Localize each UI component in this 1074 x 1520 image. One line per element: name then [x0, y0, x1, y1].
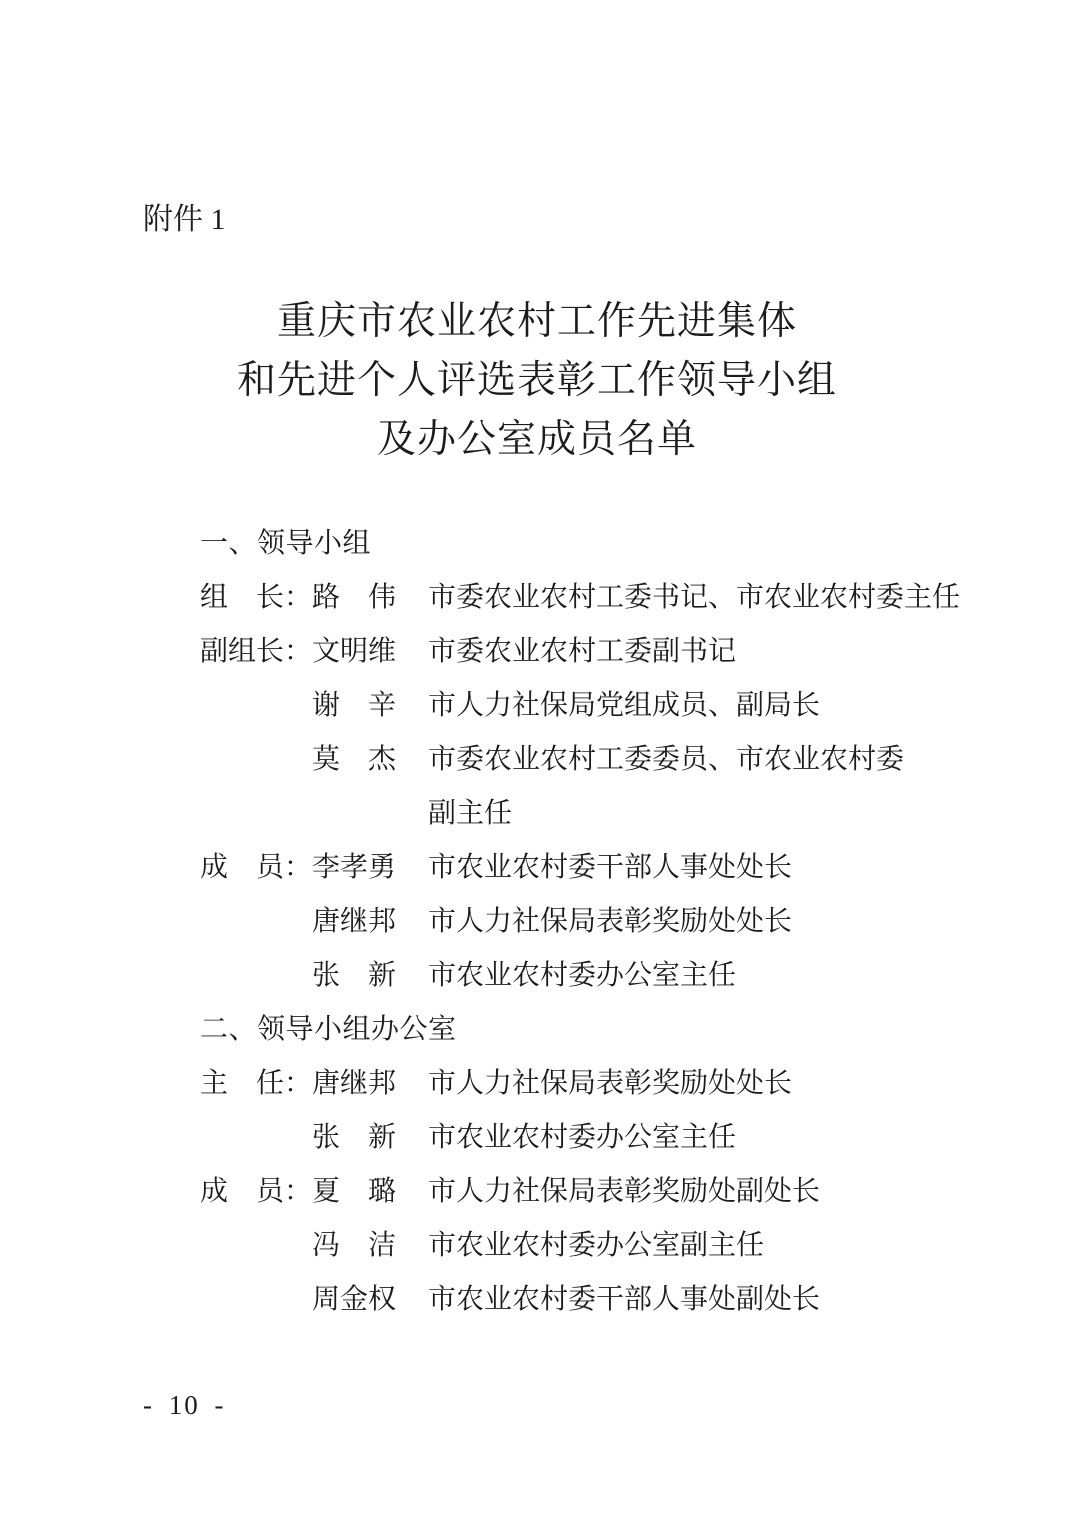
title-line-3: 及办公室成员名单 [0, 410, 1074, 469]
person-title: 市农业农村委办公室副主任 [428, 1219, 764, 1273]
person-name: 夏 璐 [312, 1165, 396, 1219]
member-row: 张 新市农业农村委办公室主任 [200, 949, 1034, 1003]
person-name: 文明维 [312, 625, 396, 679]
person-title: 市委农业农村工委委员、市农业农村委 [428, 733, 904, 787]
member-row: 副组长：文明维市委农业农村工委副书记 [200, 625, 1034, 679]
member-row: 组 长：路 伟市委农业农村工委书记、市农业农村委主任 [200, 571, 1034, 625]
member-row: 成 员：李孝勇市农业农村委干部人事处处长 [200, 841, 1034, 895]
person-name: 冯 洁 [312, 1219, 396, 1273]
attachment-label: 附件 1 [143, 200, 226, 240]
person-title: 市农业农村委办公室主任 [428, 949, 736, 1003]
person-name: 路 伟 [312, 571, 396, 625]
section-heading: 二、领导小组办公室 [200, 1003, 1034, 1057]
member-row: 张 新市农业农村委办公室主任 [200, 1111, 1034, 1165]
title-line-1: 重庆市农业农村工作先进集体 [0, 292, 1074, 351]
person-title: 市人力社保局表彰奖励处处长 [428, 1057, 792, 1111]
person-name: 唐继邦 [312, 895, 396, 949]
person-title: 市人力社保局表彰奖励处处长 [428, 895, 792, 949]
member-row: 莫 杰市委农业农村工委委员、市农业农村委 [200, 733, 1034, 787]
person-name: 莫 杰 [312, 733, 396, 787]
person-name: 唐继邦 [312, 1057, 396, 1111]
person-title: 市人力社保局党组成员、副局长 [428, 679, 820, 733]
document-page: 附件 1 重庆市农业农村工作先进集体 和先进个人评选表彰工作领导小组 及办公室成… [0, 0, 1074, 1520]
person-title: 市人力社保局表彰奖励处副处长 [428, 1165, 820, 1219]
title-line-2: 和先进个人评选表彰工作领导小组 [0, 351, 1074, 410]
person-title: 市农业农村委干部人事处处长 [428, 841, 792, 895]
person-name: 谢 辛 [312, 679, 396, 733]
person-title: 市农业农村委办公室主任 [428, 1111, 736, 1165]
member-row: 成 员：夏 璐市人力社保局表彰奖励处副处长 [200, 1165, 1034, 1219]
member-row: 谢 辛市人力社保局党组成员、副局长 [200, 679, 1034, 733]
role-label: 成 员： [200, 841, 312, 895]
member-row: 冯 洁市农业农村委办公室副主任 [200, 1219, 1034, 1273]
person-name: 李孝勇 [312, 841, 396, 895]
member-row: 唐继邦市人力社保局表彰奖励处处长 [200, 895, 1034, 949]
person-title: 市委农业农村工委书记、市农业农村委主任 [428, 571, 960, 625]
person-title: 市委农业农村工委副书记 [428, 625, 736, 679]
member-list: 一、领导小组组 长：路 伟市委农业农村工委书记、市农业农村委主任副组长：文明维市… [200, 517, 1034, 1327]
person-name: 周金权 [312, 1273, 396, 1327]
section-heading: 一、领导小组 [200, 517, 1034, 571]
person-title: 副主任 [428, 787, 512, 841]
page-number: - 10 - [143, 1390, 225, 1421]
member-row: 周金权市农业农村委干部人事处副处长 [200, 1273, 1034, 1327]
role-label: 主 任： [200, 1057, 312, 1111]
role-label: 成 员： [200, 1165, 312, 1219]
person-name: 张 新 [312, 949, 396, 1003]
member-row: 主 任：唐继邦市人力社保局表彰奖励处处长 [200, 1057, 1034, 1111]
person-name: 张 新 [312, 1111, 396, 1165]
member-row: 副主任 [200, 787, 1034, 841]
document-title: 重庆市农业农村工作先进集体 和先进个人评选表彰工作领导小组 及办公室成员名单 [0, 292, 1074, 469]
role-label: 副组长： [200, 625, 312, 679]
person-title: 市农业农村委干部人事处副处长 [428, 1273, 820, 1327]
role-label: 组 长： [200, 571, 312, 625]
